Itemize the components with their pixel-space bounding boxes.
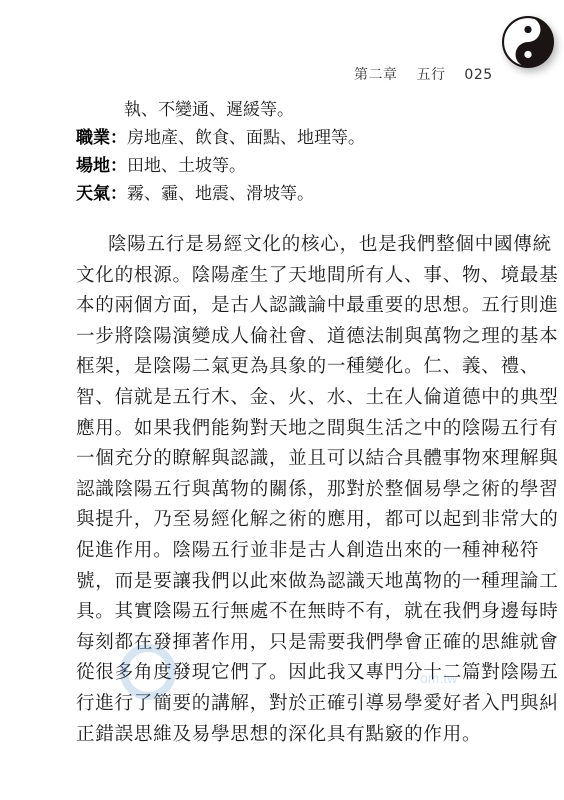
chapter-label: 第二章	[354, 64, 398, 84]
body-paragraph: 陰陽五行是易經文化的核心，也是我們整個中國傳統 文化的根源。陰陽產生了天地間所有…	[76, 230, 482, 750]
attribute-label: 場地：	[76, 156, 127, 176]
paragraph-line: 智、信就是五行木、金、火、水、土在人倫道德中的典型	[76, 383, 482, 414]
paragraph-line: 促進作用。陰陽五行並非是古人創造出來的一種神秘符	[76, 536, 482, 567]
paragraph-line: 應用。如果我們能夠對天地之間與生活之中的陰陽五行有	[76, 414, 482, 445]
attribute-value: 房地產、飲食、面點、地理等。	[127, 128, 365, 148]
paragraph-line: 與提升，乃至易經化解之術的應用，都可以起到非常大的	[76, 505, 482, 536]
attribute-occupation: 職業：房地產、飲食、面點、地理等。	[76, 124, 496, 152]
attribute-value: 田地、土坡等。	[127, 156, 246, 176]
paragraph-line: 行進行了簡要的講解，對於正確引導易學愛好者入門與糾	[76, 689, 482, 720]
paragraph-line: 一步將陰陽演變成人倫社會、道德法制與萬物之理的基本	[76, 322, 482, 353]
attribute-label: 天氣：	[76, 184, 127, 204]
paragraph-line: 從很多角度發現它們了。因此我又專門分十二篇對陰陽五	[76, 658, 482, 689]
attribute-weather: 天氣：霧、霾、地震、滑坡等。	[76, 180, 496, 208]
paragraph-line: 具。其實陰陽五行無處不在無時不有，就在我們身邊每時	[76, 597, 482, 628]
paragraph-line: 框架，是陰陽二氣更為具象的一種變化。仁、義、禮、	[76, 352, 482, 383]
paragraph-line: 一個充分的瞭解與認識，並且可以結合具體事物來理解與	[76, 444, 482, 475]
running-header: 第二章 五行 025	[354, 64, 493, 84]
attribute-list: 執、不變通、遲緩等。 職業：房地產、飲食、面點、地理等。 場地：田地、土坡等。 …	[76, 96, 496, 208]
paragraph-line: 陰陽五行是易經文化的核心，也是我們整個中國傳統	[76, 230, 482, 261]
attribute-value: 霧、霾、地震、滑坡等。	[127, 184, 314, 204]
paragraph-line: 號，而是要讓我們以此來做為認識天地萬物的一種理論工	[76, 567, 482, 598]
paragraph-line: 本的兩個方面，是古人認識論中最重要的思想。五行則進	[76, 291, 482, 322]
paragraph-line: 文化的根源。陰陽產生了天地間所有人、事、物、境最基	[76, 261, 482, 292]
attribute-label: 職業：	[76, 128, 127, 148]
attribute-place: 場地：田地、土坡等。	[76, 152, 496, 180]
paragraph-line: 正錯誤思維及易學思想的深化具有點竅的作用。	[76, 720, 482, 751]
section-label: 五行	[416, 64, 445, 84]
attribute-continuation: 執、不變通、遲緩等。	[76, 96, 496, 124]
page-number: 025	[464, 67, 492, 83]
yin-yang-icon	[502, 16, 554, 68]
paragraph-line: 每刻都在發揮著作用，只是需要我們學會正確的思維就會	[76, 628, 482, 659]
paragraph-line: 認識陰陽五行與萬物的關係，那對於整個易學之術的學習	[76, 475, 482, 506]
